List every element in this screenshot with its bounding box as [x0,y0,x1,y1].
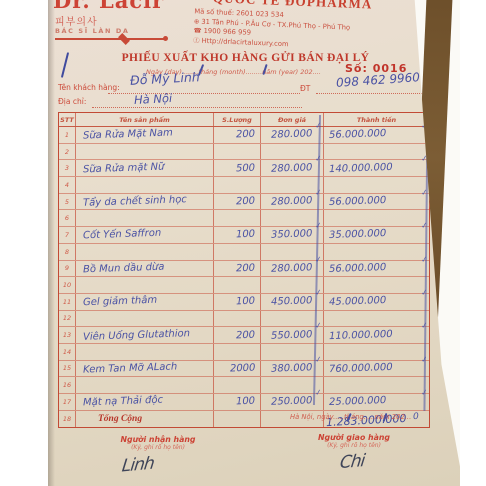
product-name: Cốt Yến Saffron [83,228,162,242]
deliverer-block: Người giao hàng (Ký, ghi rõ họ tên) [294,433,414,449]
brand-divider [55,38,167,40]
table-row: 4 [59,177,429,194]
company-contact-block: QUỐC TẾ ĐOPHARMA Mã số thuế: 2601 023 53… [193,0,373,53]
table-row: 10 [59,277,429,294]
header-product: Tên sản phẩm [76,113,214,126]
product-name: Mặt nạ Thải độc [83,395,163,409]
product-name: Sữa Rửa mặt Nữ [83,161,165,175]
header-stt: STT [59,113,76,126]
customer-address-handwritten: Hà Nội [134,91,173,107]
receiver-block: Người nhận hàng (Ký, ghi rõ họ tên) [98,435,218,451]
brand-name: Dr. Lacir [53,0,164,13]
receiver-role: Người nhận hàng [98,435,218,444]
table-row: 1 Sữa Rửa Mặt Nam 200 280.000✓ 56.000.00… [59,127,429,144]
customer-address-label: Địa chỉ: [58,97,86,106]
deliverer-signature: Chi [339,451,366,473]
facebook-icon: ⓕ [193,36,200,46]
table-row: 5 Tẩy da chết sinh học 200 280.000✓ 56.0… [59,194,429,211]
receiver-signature: Linh [121,453,155,476]
customer-name-label: Tên khách hàng: [58,83,120,92]
product-name: Gel giảm thâm [83,295,158,309]
year-handwritten: 0 [413,412,419,422]
dotted-line [92,106,302,108]
customer-name-handwritten: Đỗ Mỹ Linh [130,69,200,88]
table-row: 6 [59,210,429,227]
table-row: 16 [59,377,429,394]
table-row: 11 Gel giảm thâm 100 450.000✓ 45.000.000… [59,294,429,311]
invoice-paper: Dr. Lacir 피부의사 BÁC SĨ LÀN DA QUỐC TẾ ĐOP… [48,0,460,486]
table-row: 3 Sữa Rửa mặt Nữ 500 280.000✓ 140.000.00… [59,160,429,177]
table-row: 9 Bồ Mun dầu dừa 200 280.000✓ 56.000.000… [59,261,429,278]
phone-icon: ☎ [193,27,201,37]
handwritten-slash-mark [61,52,69,78]
total-label: Tổng Cộng [76,414,142,424]
brand-tagline: BÁC SĨ LÀN DA [55,27,129,35]
receiver-note: (Ký, ghi rõ họ tên) [98,444,218,451]
photo-of-invoice: Dr. Lacir 피부의사 BÁC SĨ LÀN DA QUỐC TẾ ĐOP… [0,0,486,486]
product-name: Tẩy da chết sinh học [83,194,187,209]
table-row: 8 [59,244,429,261]
table-row: 13 Viên Uống Glutathion 200 550.000✓ 110… [59,327,429,344]
location-icon: ⊕ [194,17,200,27]
table-row: 17 Mặt nạ Thải độc 100 250.000✓ 25.000.0… [59,394,429,411]
table-row: 14 [59,344,429,361]
table-row: 15 Kem Tan Mỡ ALach 2000 380.000✓ 760.00… [59,361,429,378]
table-row: 12 [59,311,429,328]
table-row: 2 [59,144,429,161]
header-qty: S.Lượng [214,113,261,126]
place-date-line: Hà Nội, ngày.....tháng.....năm 202... 0 [290,412,458,422]
customer-phone-label: ĐT [300,84,310,93]
brand-logo: Dr. Lacir 피부의사 BÁC SĨ LÀN DA [53,0,164,13]
deliverer-note: (Ký, ghi rõ họ tên) [294,442,414,449]
product-name: Bồ Mun dầu dừa [83,261,165,275]
brand-korean-text: 피부의사 [55,13,98,28]
product-name: Sữa Rửa Mặt Nam [83,128,173,142]
deliverer-role: Người giao hàng [294,433,414,442]
table-header-row: STT Tên sản phẩm S.Lượng Đơn giá Thành t… [59,113,429,127]
product-name: Kem Tan Mỡ ALach [83,361,178,375]
table-row: 7 Cốt Yến Saffron 100 350.000✓ 35.000.00… [59,227,429,244]
header-amount: Thành tiền [324,113,429,126]
items-table: STT Tên sản phẩm S.Lượng Đơn giá Thành t… [58,112,430,428]
product-name: Viên Uống Glutathion [83,328,190,343]
photo-area: Dr. Lacir 피부의사 BÁC SĨ LÀN DA QUỐC TẾ ĐOP… [48,0,460,486]
